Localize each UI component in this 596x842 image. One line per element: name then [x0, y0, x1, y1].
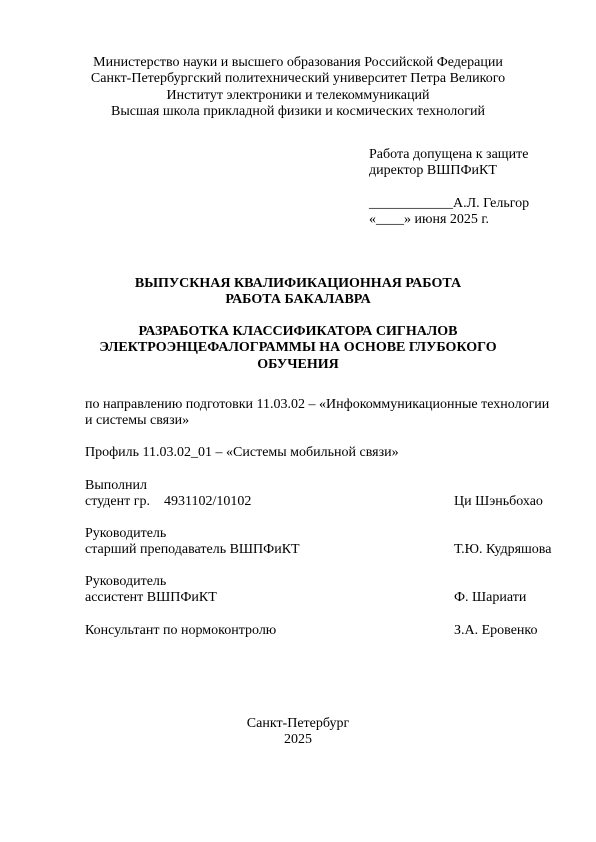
- work-type-line1: ВЫПУСКНАЯ КВАЛИФИКАЦИОННАЯ РАБОТА: [0, 276, 596, 292]
- work-type-line2: РАБОТА БАКАЛАВРА: [0, 292, 596, 308]
- institute-line: Институт электроники и телекоммуникаций: [0, 88, 596, 104]
- norm-control-role: Консультант по нормоконтролю: [85, 623, 276, 638]
- student-role: Выполнил: [85, 478, 565, 494]
- direction-line2: и системы связи»: [85, 413, 565, 429]
- thesis-title-line1: РАЗРАБОТКА КЛАССИФИКАТОРА СИГНАЛОВ: [0, 324, 596, 340]
- approval-date: «____» июня 2025 г.: [369, 212, 529, 228]
- thesis-title-line3: ОБУЧЕНИЯ: [0, 357, 596, 373]
- supervisor-position: старший преподаватель ВШПФиКТ: [85, 542, 300, 557]
- co-supervisor-role: Руководитель: [85, 574, 565, 590]
- co-supervisor-position: ассистент ВШПФиКТ: [85, 590, 217, 605]
- approval-signature: ____________А.Л. Гельгор: [369, 196, 529, 212]
- study-direction: по направлению подготовки 11.03.02 – «Ин…: [85, 397, 565, 430]
- footer-year: 2025: [0, 732, 596, 748]
- institution-header: Министерство науки и высшего образования…: [0, 55, 596, 120]
- co-supervisor-name: Ф. Шариати: [454, 590, 526, 606]
- student-position: студент гр.: [85, 494, 150, 509]
- signature-norm-control: Консультант по нормоконтролю З.А. Еровен…: [85, 623, 565, 639]
- ministry-line: Министерство науки и высшего образования…: [0, 55, 596, 71]
- signature-supervisor: Руководитель старший преподаватель ВШПФи…: [85, 526, 565, 559]
- signature-co-supervisor: Руководитель ассистент ВШПФиКТ Ф. Шариат…: [85, 574, 565, 607]
- footer: Санкт-Петербург 2025: [0, 716, 596, 749]
- school-line: Высшая школа прикладной физики и космиче…: [0, 104, 596, 120]
- supervisor-role: Руководитель: [85, 526, 565, 542]
- approval-director: директор ВШПФиКТ: [369, 163, 529, 179]
- direction-line1: по направлению подготовки 11.03.02 – «Ин…: [85, 397, 565, 413]
- university-line: Санкт-Петербургский политехнический унив…: [0, 71, 596, 87]
- student-group: 4931102/10102: [150, 494, 251, 509]
- work-type: ВЫПУСКНАЯ КВАЛИФИКАЦИОННАЯ РАБОТА РАБОТА…: [0, 276, 596, 309]
- norm-control-name: З.А. Еровенко: [454, 623, 538, 639]
- signature-student: Выполнил студент гр.4931102/10102 Ци Шэн…: [85, 478, 565, 511]
- approval-text: Работа допущена к защите: [369, 147, 529, 163]
- student-name: Ци Шэньбохао: [454, 494, 543, 510]
- thesis-title-line2: ЭЛЕКТРОЭНЦЕФАЛОГРАММЫ НА ОСНОВЕ ГЛУБОКОГ…: [0, 340, 596, 356]
- study-profile: Профиль 11.03.02_01 – «Системы мобильной…: [85, 445, 399, 461]
- thesis-title: РАЗРАБОТКА КЛАССИФИКАТОРА СИГНАЛОВ ЭЛЕКТ…: [0, 324, 596, 373]
- supervisor-name: Т.Ю. Кудряшова: [454, 542, 551, 558]
- footer-city: Санкт-Петербург: [0, 716, 596, 732]
- approval-block: Работа допущена к защите директор ВШПФиК…: [369, 147, 529, 228]
